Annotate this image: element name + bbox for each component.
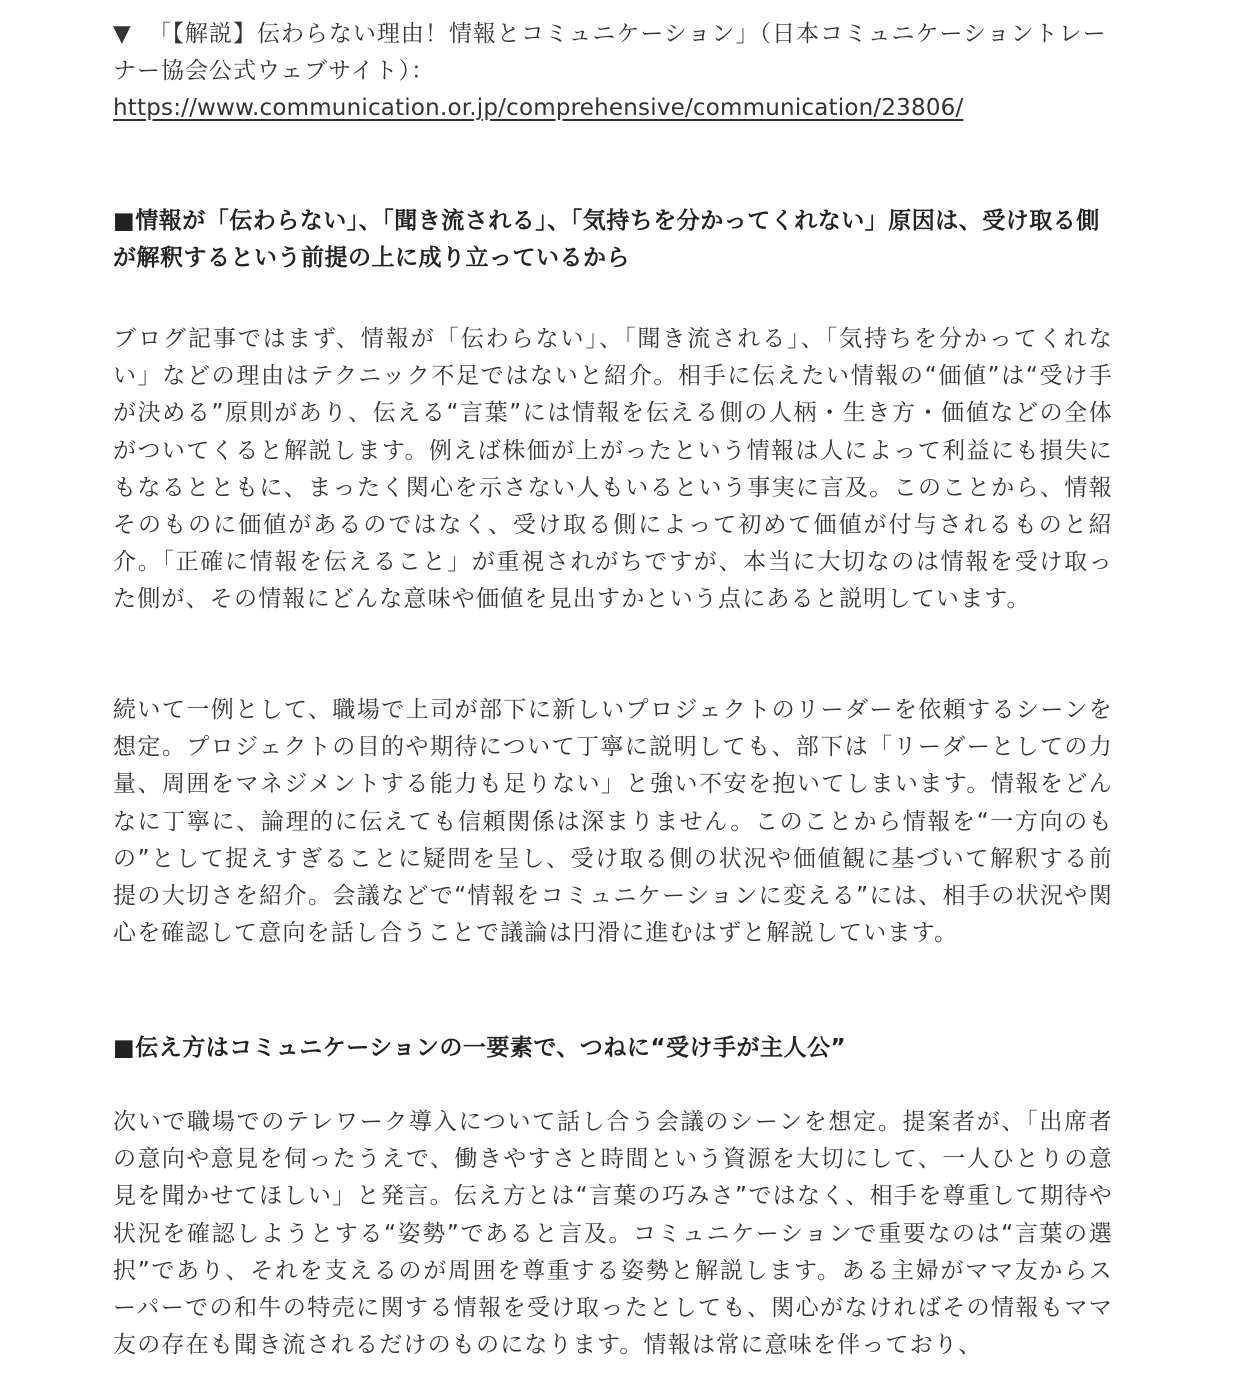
section-heading: ■伝え方はコミュニケーションの一要素で、つねに“受け手が主人公” [113, 1030, 1113, 1067]
paragraph: 続いて一例として、職場で上司が部下に新しいプロジェクトのリーダーを依頼するシーン… [113, 692, 1113, 952]
paragraph: ブログ記事ではまず、情報が「伝わらない」、「聞き流される」、「気持ちを分かってく… [113, 321, 1113, 619]
source-link[interactable]: https://www.communication.or.jp/comprehe… [113, 95, 963, 121]
section-heading: ■情報が「伝わらない」、「聞き流される」、「気持ちを分かってくれない」原因は、受… [113, 203, 1113, 277]
triangle-down-icon: ▼ [113, 21, 132, 47]
source-reference: ▼ 「【解説】伝わらない理由！情報とコミュニケーション」（日本コミュニケーション… [113, 16, 1113, 127]
article: ▼ 「【解説】伝わらない理由！情報とコミュニケーション」（日本コミュニケーション… [113, 16, 1113, 127]
paragraph: 次いで職場でのテレワーク導入について話し合う会議のシーンを想定。提案者が、「出席… [113, 1104, 1113, 1364]
source-title: 「【解説】伝わらない理由！情報とコミュニケーション」（日本コミュニケーショントレ… [113, 21, 1107, 84]
